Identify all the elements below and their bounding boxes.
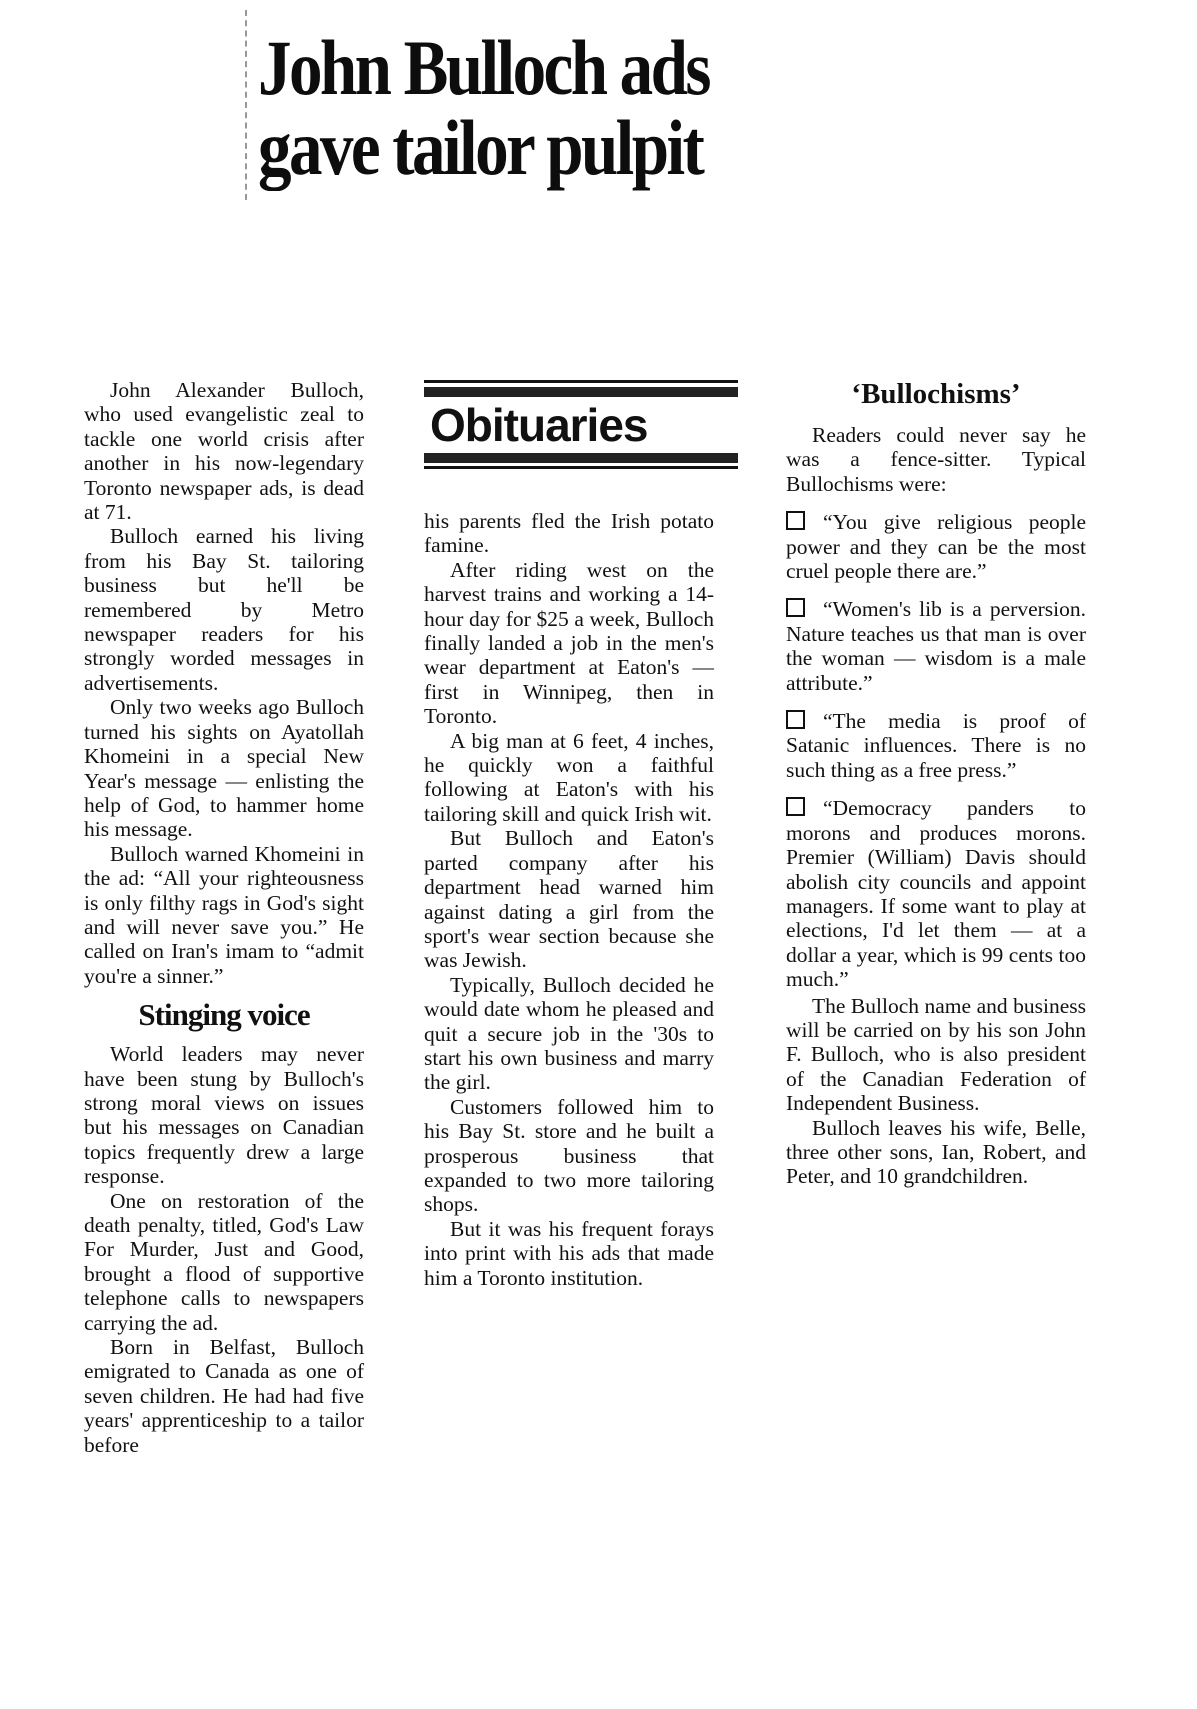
article-headline: John Bulloch ads gave tailor pulpit	[258, 28, 791, 188]
headline-line-1: John Bulloch ads	[258, 28, 791, 108]
sidebar-title-bullochisms: ‘Bullochisms’	[786, 377, 1086, 411]
subhead-stinging-voice: Stinging voice	[84, 998, 364, 1032]
rule-divider	[424, 466, 738, 469]
rule-divider	[424, 453, 738, 463]
article-column-2: his parents fled the Irish potato famine…	[424, 509, 714, 1290]
article-column-1: John Alexander Bulloch, who used evangel…	[84, 378, 364, 1457]
section-title: Obituaries	[430, 399, 648, 451]
body-paragraph: A big man at 6 feet, 4 inches, he quickl…	[424, 729, 714, 827]
body-paragraph: But it was his frequent forays into prin…	[424, 1217, 714, 1290]
bullet-box-icon	[786, 511, 805, 530]
body-paragraph: John Alexander Bulloch, who used evangel…	[84, 378, 364, 524]
rule-divider	[424, 387, 738, 397]
body-paragraph: Only two weeks ago Bulloch turned his si…	[84, 695, 364, 841]
body-paragraph: The Bulloch name and business will be ca…	[786, 994, 1086, 1116]
clipping-edge-mark	[245, 10, 249, 200]
body-paragraph: Bulloch warned Khomeini in the ad: “All …	[84, 842, 364, 988]
article-column-3: Readers could never say he was a fence-s…	[786, 423, 1086, 1189]
body-paragraph: Customers followed him to his Bay St. st…	[424, 1095, 714, 1217]
headline-line-2: gave tailor pulpit	[258, 108, 791, 188]
bullet-box-icon	[786, 598, 805, 617]
bullet-box-icon	[786, 710, 805, 729]
body-paragraph: Bulloch leaves his wife, Belle, three ot…	[786, 1116, 1086, 1189]
quote-text: “You give religious people power and the…	[786, 510, 1086, 583]
bullet-box-icon	[786, 797, 805, 816]
quote-item: “Women's lib is a perversion. Nature tea…	[786, 597, 1086, 695]
quote-text: “Democracy panders to morons and produce…	[786, 796, 1086, 991]
quote-item: “The media is proof of Satanic influence…	[786, 709, 1086, 782]
body-paragraph: One on restoration of the death penalty,…	[84, 1189, 364, 1335]
body-paragraph-continued: his parents fled the Irish potato famine…	[424, 509, 714, 558]
quote-item: “You give religious people power and the…	[786, 510, 1086, 583]
body-paragraph: After riding west on the harvest trains …	[424, 558, 714, 729]
section-label-obituaries: Obituaries	[424, 380, 738, 470]
quote-text: “The media is proof of Satanic influence…	[786, 709, 1086, 782]
rule-divider	[424, 380, 738, 383]
body-paragraph: Typically, Bulloch decided he would date…	[424, 973, 714, 1095]
sidebar-intro: Readers could never say he was a fence-s…	[786, 423, 1086, 496]
body-paragraph: World leaders may never have been stung …	[84, 1042, 364, 1188]
quote-text: “Women's lib is a perversion. Nature tea…	[786, 597, 1086, 694]
body-paragraph: Bulloch earned his living from his Bay S…	[84, 524, 364, 695]
quote-item: “Democracy panders to morons and produce…	[786, 796, 1086, 991]
body-paragraph: But Bulloch and Eaton's parted company a…	[424, 826, 714, 972]
body-paragraph: Born in Belfast, Bulloch emigrated to Ca…	[84, 1335, 364, 1457]
